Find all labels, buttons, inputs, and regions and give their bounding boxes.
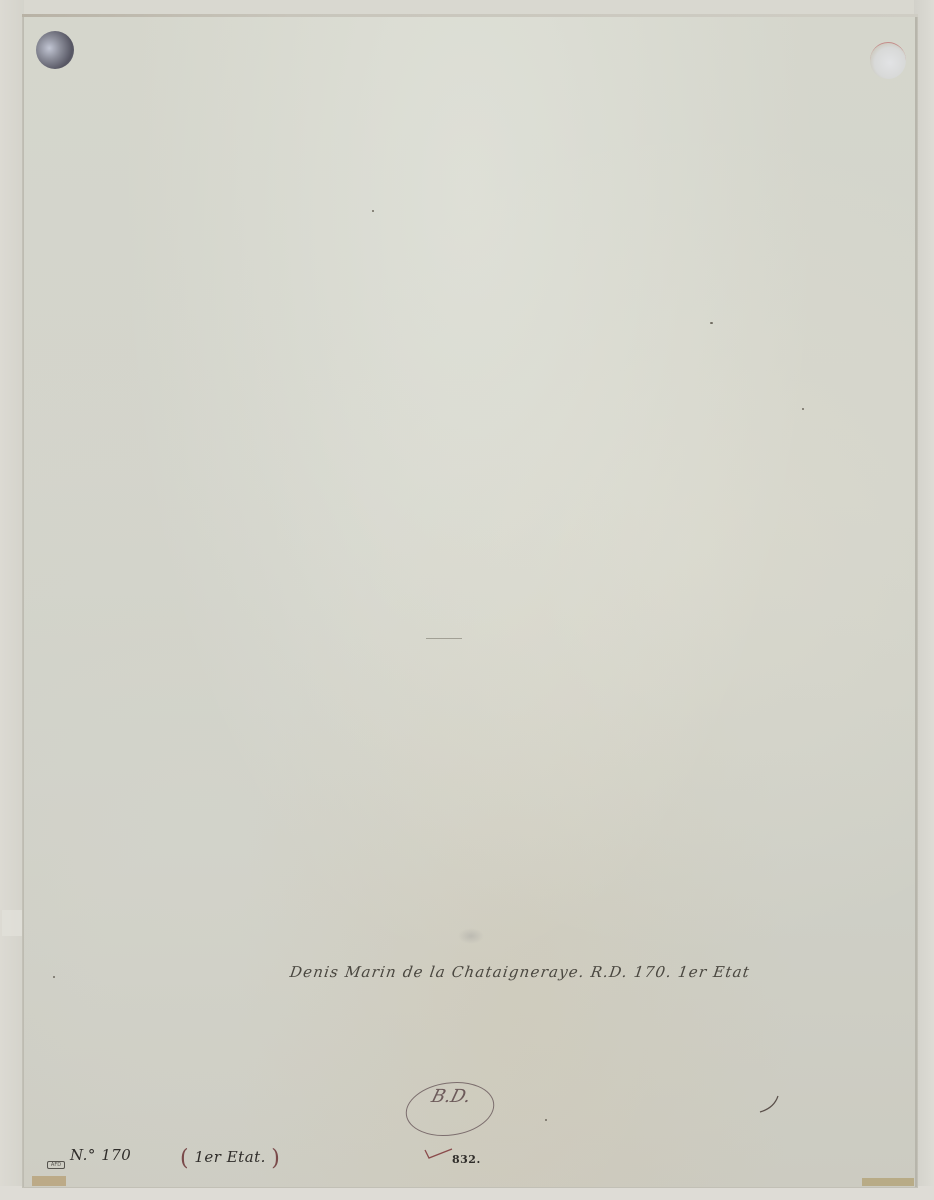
- paper-sheet: [22, 14, 918, 1188]
- paper-speck: [545, 1119, 547, 1121]
- collection-stamp: AFD: [47, 1161, 65, 1169]
- pin-hole-icon: [36, 31, 74, 69]
- mount-backdrop-left: [0, 0, 24, 1200]
- hinge-stain: [862, 1178, 914, 1186]
- state-text: 1er Etat.: [194, 1148, 266, 1166]
- paper-speck: [53, 976, 55, 978]
- sheet-top-edge: [22, 14, 918, 17]
- paper-speck: [710, 322, 713, 324]
- mount-backdrop-bottom: [0, 1186, 934, 1200]
- title-inscription: Denis Marin de la Chataigneraye. R.D. 17…: [289, 963, 752, 981]
- oval-stamp-initials: B.D.: [429, 1086, 473, 1107]
- paren-open: (: [180, 1146, 189, 1171]
- hinge-stain: [32, 1176, 66, 1186]
- checkmark-icon: [424, 1148, 454, 1160]
- stock-number: 832.: [452, 1153, 481, 1166]
- pen-stroke-mark: [756, 1094, 780, 1116]
- watermark-smudge: [458, 928, 484, 944]
- paper-streak: [426, 638, 462, 639]
- paper-speck: [802, 408, 804, 410]
- state-label: ( 1er Etat. ): [180, 1146, 280, 1171]
- paper-speck: [372, 210, 374, 212]
- paren-close: ): [271, 1146, 280, 1171]
- catalogue-number-label: N.° 170: [70, 1146, 131, 1164]
- pin-hole-icon: [870, 42, 906, 79]
